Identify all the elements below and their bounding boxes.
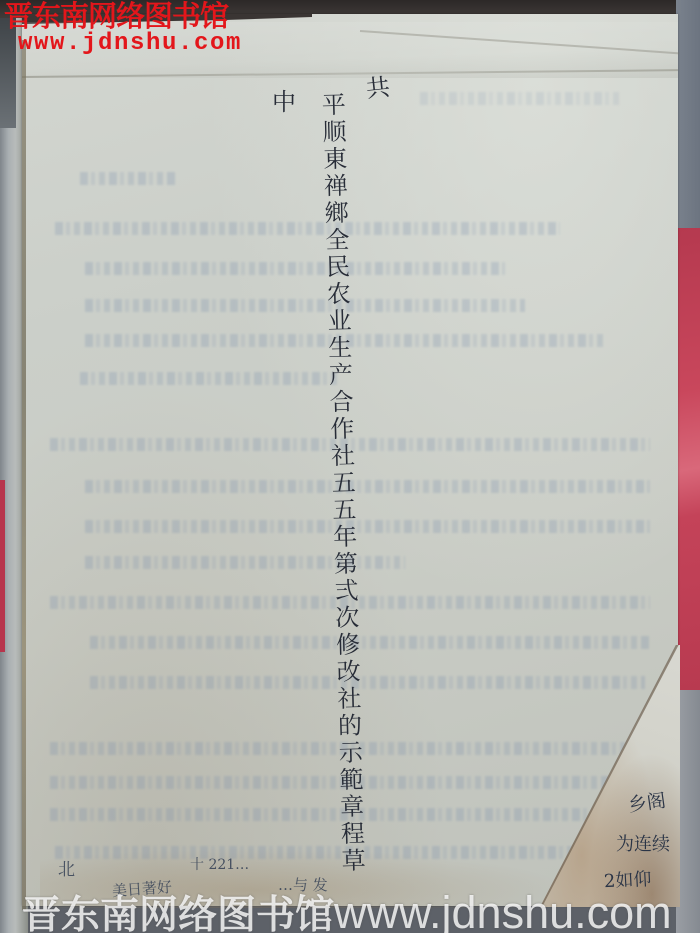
bleed-line bbox=[80, 172, 175, 185]
bleed-line bbox=[50, 808, 590, 821]
backdrop-right-grey bbox=[676, 0, 700, 232]
bleed-line bbox=[55, 846, 575, 859]
bleed-line bbox=[55, 222, 560, 235]
bleed-line bbox=[85, 480, 650, 493]
bleed-line bbox=[90, 676, 645, 689]
watermark-bottom-url: www.jdnshu.com bbox=[334, 887, 672, 933]
header-char-left: 中 bbox=[272, 90, 296, 114]
watermark-top-name: 晋东南网络图书馆 bbox=[4, 0, 228, 32]
bleed-line bbox=[90, 636, 650, 649]
margin-note: 为连续 bbox=[616, 836, 670, 854]
watermark-bottom: 晋东南网络图书馆www.jdnshu.com bbox=[22, 892, 672, 933]
bleed-line bbox=[50, 776, 610, 789]
underlying-pages-shadow bbox=[0, 18, 16, 128]
bottom-scribble: 十 221… bbox=[190, 858, 249, 872]
bleed-line bbox=[420, 92, 620, 105]
bottom-scribble: 北 bbox=[58, 862, 75, 879]
backdrop-red-object bbox=[676, 228, 700, 693]
bleed-line bbox=[85, 262, 505, 275]
underlying-red-strip bbox=[0, 480, 5, 652]
watermark-bottom-name: 晋东南网络图书馆 bbox=[22, 893, 334, 933]
bleed-line bbox=[80, 372, 340, 385]
binding-edge bbox=[22, 40, 26, 910]
bleed-line bbox=[85, 520, 650, 533]
bleed-line bbox=[85, 299, 525, 312]
bottom-scribble: …与 发 bbox=[278, 878, 328, 893]
watermark-top-url: www.jdnshu.com bbox=[18, 32, 242, 56]
header-char-right: 共 bbox=[365, 75, 391, 101]
margin-note: 乡阁 bbox=[627, 791, 667, 815]
